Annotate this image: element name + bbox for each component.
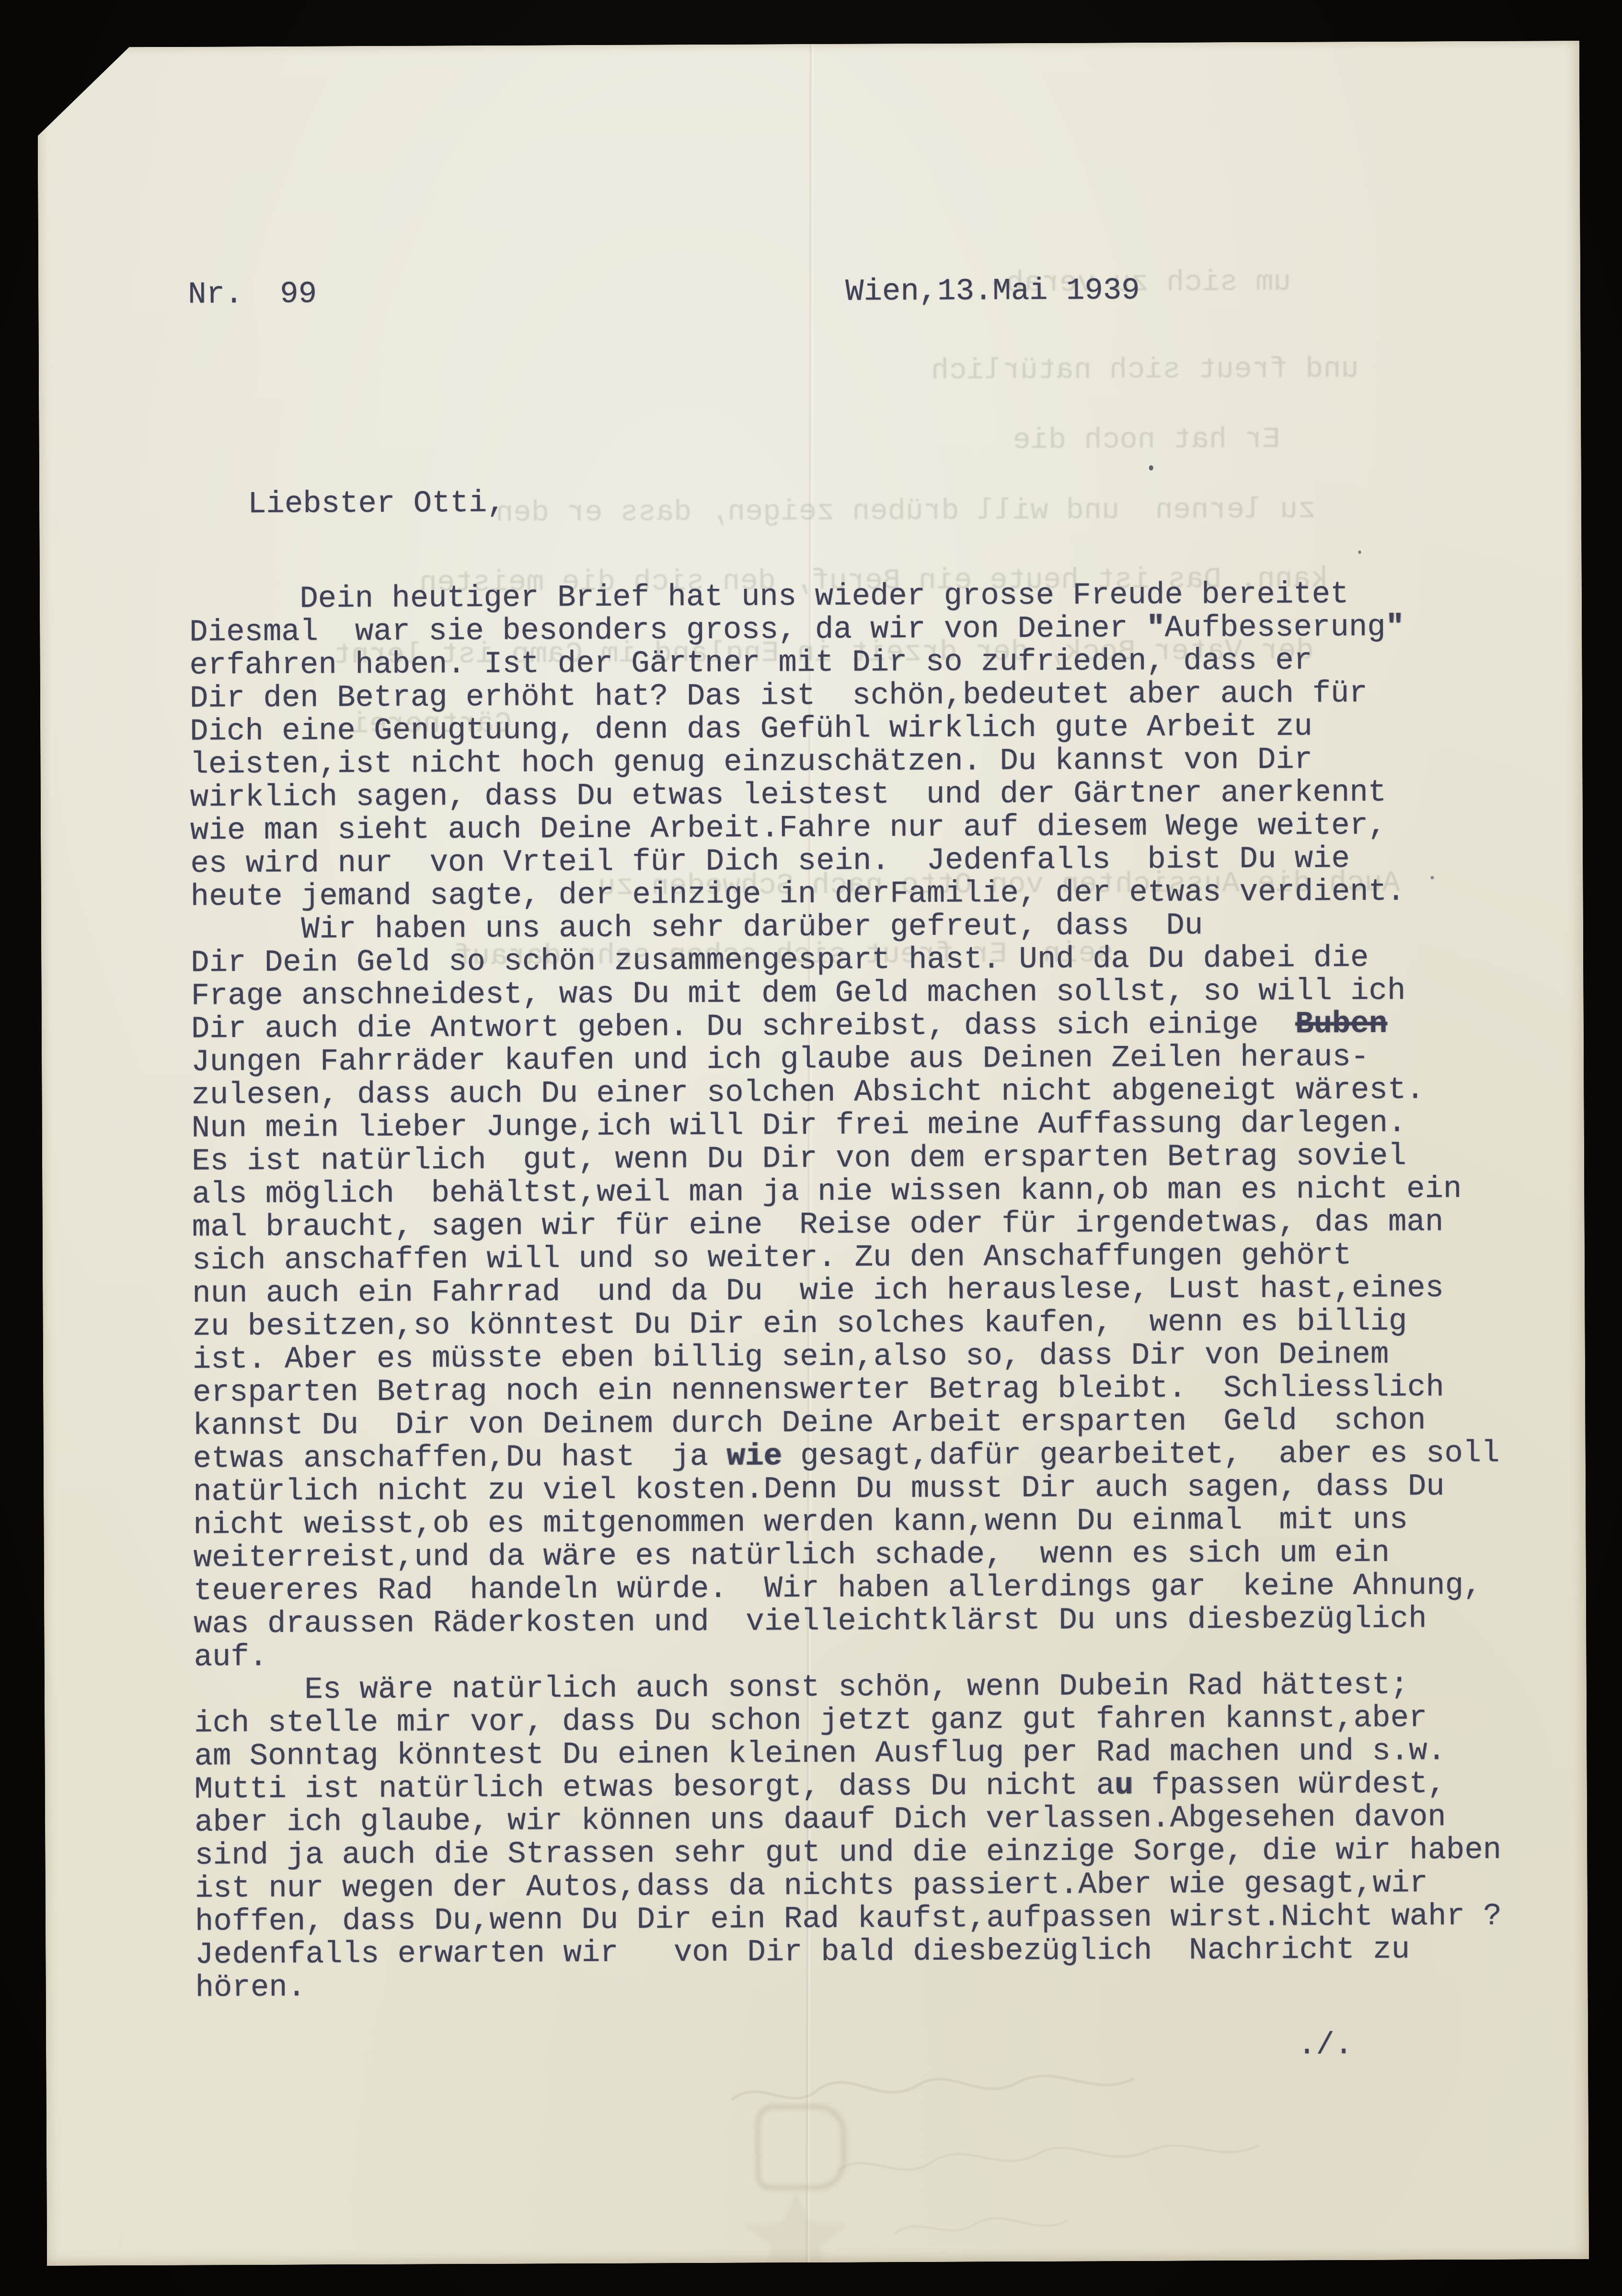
handwriting-ghost	[693, 2030, 1317, 2282]
letter-body: Dein heutiger Brief hat uns wieder gross…	[189, 578, 1502, 2005]
scan-background: um sich zu verab-und freut sich natürlic…	[0, 0, 1622, 2296]
typewritten-line: Jedenfalls erwarten wir von Dir bald die…	[195, 1933, 1502, 1972]
overtyped-text: u	[1115, 1768, 1133, 1803]
ink-speck	[1358, 551, 1361, 554]
bleed-through-line: Er hat noch die	[1012, 424, 1280, 456]
letter-paper: um sich zu verab-und freut sich natürlic…	[37, 41, 1589, 2266]
ink-speck	[1149, 465, 1153, 471]
typewritten-line: hören.	[195, 1966, 1502, 2005]
typewritten-line: was draussen Räderkosten und vielleichtk…	[194, 1603, 1500, 1642]
letter-number: Nr. 99	[188, 278, 317, 312]
salutation: Liebster Otti,	[248, 487, 506, 521]
typewritten-line: heute jemand sagte, der einzige in derFa…	[191, 875, 1497, 914]
ink-speck	[1430, 876, 1434, 879]
bleed-through-line: zu lernen und will drüben zeigen, dass e…	[495, 494, 1316, 528]
overtyped-text: "	[1385, 610, 1404, 645]
overtyped-text: wie	[726, 1439, 782, 1474]
overtyped-text: "	[1146, 611, 1165, 646]
struck-out-word: Buben	[1295, 1007, 1387, 1042]
dateline: Wien,13.Mai 1939	[845, 275, 1140, 309]
bleed-through-line: und freut sich natürlich	[931, 353, 1359, 387]
